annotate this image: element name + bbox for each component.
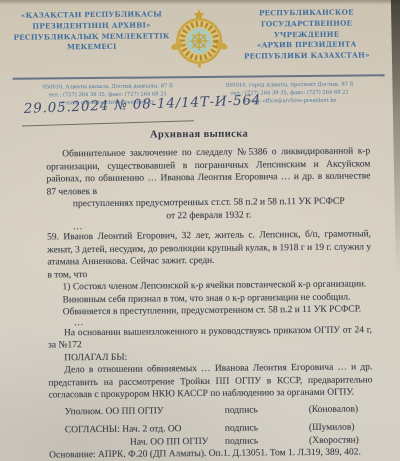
document-title: Архивная выписка [0, 127, 399, 142]
basis-line: Основание: АПРК. Ф.20 (ДП Алматы). Оп.1.… [49, 446, 373, 461]
org-kk-line: МЕКЕМЕСІ [13, 42, 170, 54]
sig-name: (Хворостян) [309, 434, 359, 447]
sig-podpis: подпись [225, 434, 309, 447]
org-kk-line: РЕСПУБЛИКАЛЫҚ МЕМЛЕКЕТТІК [13, 31, 170, 43]
para-osnovanie: На основании вышеизложенного и руководст… [48, 324, 372, 352]
org-ru-line: ГОСУДАРСТВЕННОЕ УЧРЕЖДЕНИЕ [228, 18, 385, 41]
sig-name: (Шумилов) [309, 422, 355, 435]
document-photo: «ҚАЗАҚСТАН РЕСПУБЛИКАСЫ ПРЕЗИДЕНТІНІҢ АР… [0, 0, 400, 461]
coat-of-arms-icon [170, 8, 229, 74]
para-indictment-intro: Обвинительное заключение по следделу №53… [46, 145, 370, 198]
sig-podpis: подпись [225, 422, 309, 435]
sig-role-text: Нач. 2 отд. ОО [122, 424, 181, 435]
agree-label: СОГЛАСНЫ: [65, 425, 122, 436]
photo-top-shadow [0, 0, 400, 5]
paper-sheet: «ҚАЗАҚСТАН РЕСПУБЛИКАСЫ ПРЕЗИДЕНТІНІҢ АР… [0, 0, 400, 461]
org-name-kk: «ҚАЗАҚСТАН РЕСПУБЛИКАСЫ ПРЕЗИДЕНТІНІҢ АР… [13, 9, 170, 54]
para-delo: Дело в отношении обвиняемых … Иванова Ле… [48, 361, 372, 402]
letterhead: «ҚАЗАҚСТАН РЕСПУБЛИКАСЫ ПРЕЗИДЕНТІНІҢ АР… [0, 0, 398, 75]
signature-block: Уполном. ОО ПП ОГПУ подпись (Коновалов) … [65, 403, 373, 449]
signature-row-upolnom: Уполном. ОО ПП ОГПУ подпись (Коновалов) [65, 403, 373, 418]
org-ru-line: РЕСПУБЛИКИ КАЗАХСТАН» [228, 50, 385, 62]
para-ivanov-bio: 59. Иванов Леонтий Егорович, 32 лет, жит… [47, 228, 371, 269]
sig-name: (Коновалов) [309, 403, 359, 416]
document-body: Обвинительное заключение по следделу №53… [46, 145, 373, 461]
sig-podpis: подпись [225, 403, 309, 416]
sig-role: Уполном. ОО ПП ОГПУ [65, 404, 225, 418]
org-name-ru: РЕСПУБЛИКАНСКОЕ ГОСУДАРСТВЕННОЕ УЧРЕЖДЕН… [228, 7, 386, 62]
ref-underline [22, 120, 194, 126]
